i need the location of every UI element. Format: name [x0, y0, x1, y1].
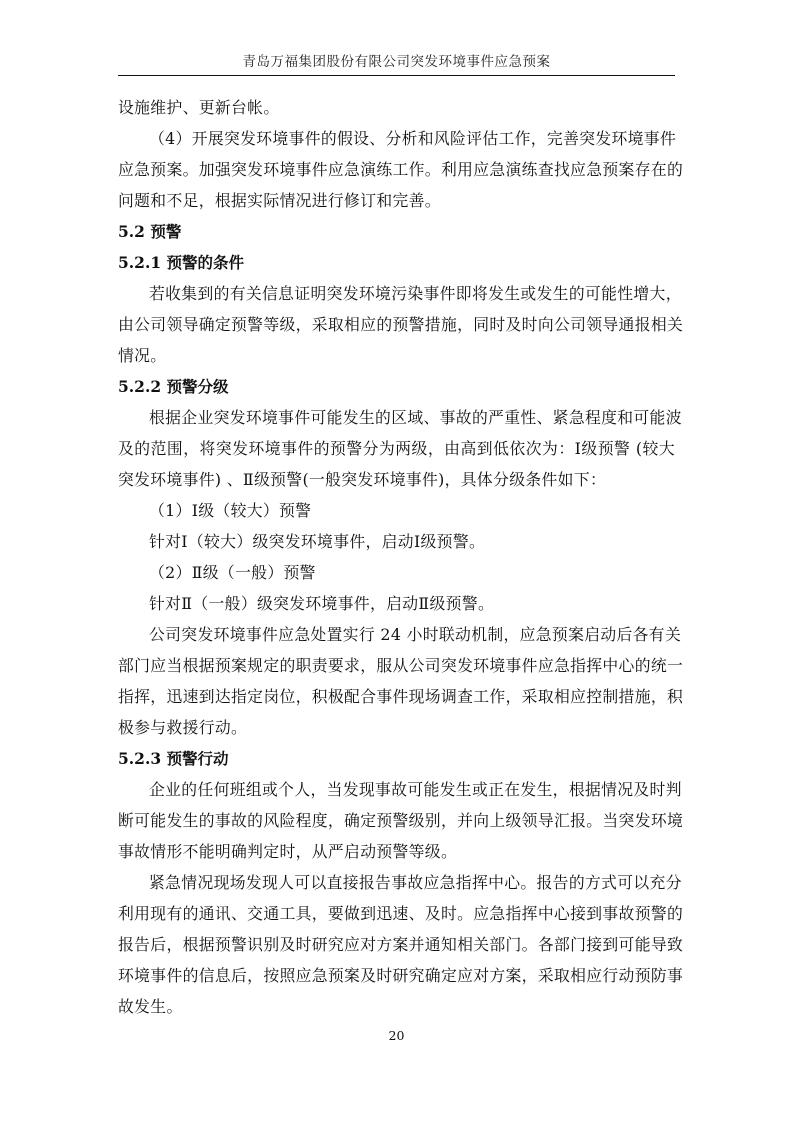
paragraph-line: 设施维护、更新台帐。	[118, 92, 675, 123]
document-body: 设施维护、更新台帐。 （4）开展突发环境事件的假设、分析和风险评估工作，完善突发…	[118, 92, 675, 1022]
paragraph-line: 事故情形不能明确判定时，从严启动预警等级。	[118, 836, 675, 867]
section-heading-5-2: 5.2 预警	[118, 216, 675, 247]
paragraph-line: 环境事件的信息后，按照应急预案及时研究确定应对方案，采取相应行动预防事	[118, 960, 675, 991]
paragraph-line: 由公司领导确定预警等级，采取相应的预警措施，同时及时向公司领导通报相关	[118, 309, 675, 340]
list-item-title: （1）Ⅰ级（较大）预警	[118, 495, 675, 526]
paragraph-line: 企业的任何班组或个人，当发现事故可能发生或正在发生，根据情况及时判	[118, 774, 675, 805]
paragraph-line: 突发环境事件) 、Ⅱ级预警(一般突发环境事件)，具体分级条件如下：	[118, 464, 675, 495]
paragraph-line: 紧急情况现场发现人可以直接报告事故应急指挥中心。报告的方式可以充分	[118, 867, 675, 898]
paragraph-line: 极参与救援行动。	[118, 712, 675, 743]
paragraph-line: 公司突发环境事件应急处置实行 24 小时联动机制，应急预案启动后各有关	[118, 619, 675, 650]
paragraph-line: 问题和不足，根据实际情况进行修订和完善。	[118, 185, 675, 216]
paragraph-line: 报告后，根据预警识别及时研究应对方案并通知相关部门。各部门接到可能导致	[118, 929, 675, 960]
paragraph-line: 指挥，迅速到达指定岗位，积极配合事件现场调查工作，采取相应控制措施，积	[118, 681, 675, 712]
page-header-title: 青岛万福集团股份有限公司突发环境事件应急预案	[118, 50, 675, 70]
paragraph-line: 根据企业突发环境事件可能发生的区域、事故的严重性、紧急程度和可能波	[118, 402, 675, 433]
paragraph-line: 部门应当根据预案规定的职责要求，服从公司突发环境事件应急指挥中心的统一	[118, 650, 675, 681]
paragraph-line: （4）开展突发环境事件的假设、分析和风险评估工作，完善突发环境事件	[118, 123, 675, 154]
list-item-text: 针对Ⅰ（较大）级突发环境事件，启动Ⅰ级预警。	[118, 526, 675, 557]
page-number: 20	[0, 1028, 793, 1043]
paragraph-line: 及的范围，将突发环境事件的预警分为两级，由高到低依次为：Ⅰ级预警 (较大	[118, 433, 675, 464]
section-heading-5-2-3: 5.2.3 预警行动	[118, 743, 675, 774]
paragraph-line: 断可能发生的事故的风险程度，确定预警级别，并向上级领导汇报。当突发环境	[118, 805, 675, 836]
section-heading-5-2-2: 5.2.2 预警分级	[118, 371, 675, 402]
paragraph-line: 故发生。	[118, 991, 675, 1022]
section-heading-5-2-1: 5.2.1 预警的条件	[118, 247, 675, 278]
paragraph-line: 情况。	[118, 340, 675, 371]
paragraph-line: 应急预案。加强突发环境事件应急演练工作。利用应急演练查找应急预案存在的	[118, 154, 675, 185]
paragraph-line: 利用现有的通讯、交通工具，要做到迅速、及时。应急指挥中心接到事故预警的	[118, 898, 675, 929]
header-divider	[118, 75, 675, 76]
list-item-title: （2）Ⅱ级（一般）预警	[118, 557, 675, 588]
paragraph-line: 若收集到的有关信息证明突发环境污染事件即将发生或发生的可能性增大，	[118, 278, 675, 309]
list-item-text: 针对Ⅱ（一般）级突发环境事件，启动Ⅱ级预警。	[118, 588, 675, 619]
